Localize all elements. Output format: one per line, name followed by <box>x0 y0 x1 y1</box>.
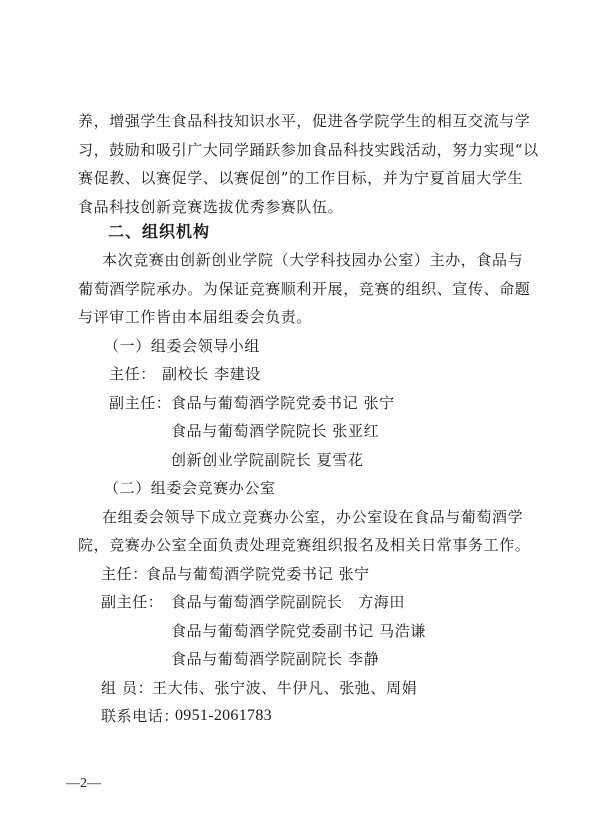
org-line-1: 本次竞赛由创新创业学院（大学科技园办公室）主办，食品与 <box>102 250 518 270</box>
page-number: —2— <box>66 776 101 792</box>
intro-line-4: 食品科技创新竞赛选拔优秀参赛队伍。 <box>78 197 518 217</box>
intro-line-1: 养，增强学生食品科技知识水平，促进各学院学生的相互交流与学 <box>78 111 518 131</box>
leadership-deputy-3: 创新创业学院副院长 夏雪花 <box>171 450 591 470</box>
office-title: （二）组委会竞赛办公室 <box>104 478 544 498</box>
office-desc-line-1: 在组委会领导下成立竞赛办公室，办公室设在食品与葡萄酒学 <box>102 507 518 527</box>
office-deputy-1: 食品与葡萄酒学院副院长 方海田 <box>171 592 591 612</box>
org-line-2: 葡萄酒学院承办。为保证竞赛顺利开展，竞赛的组织、宣传、命题 <box>78 279 518 299</box>
leadership-group-title: （一）组委会领导小组 <box>104 336 544 356</box>
office-deputy-3: 食品与葡萄酒学院副院长 李静 <box>171 649 591 669</box>
org-line-3: 与评审工作皆由本届组委会负责。 <box>78 307 518 327</box>
contact-phone: 0951-2061783 <box>175 706 591 726</box>
office-desc-line-2: 院，竞赛办公室全面负责处理竞赛组织报名及相关日常事务工作。 <box>78 535 518 555</box>
intro-line-3: 赛促教、以赛促学、以赛促创”的工作目标，并为宁夏首届大学生 <box>78 168 518 188</box>
office-director: 食品与葡萄酒学院党委书记 张宁 <box>146 564 586 584</box>
office-members: 王大伟、张宁波、牛伊凡、张弛、周娟 <box>152 678 591 698</box>
office-deputy-2: 食品与葡萄酒学院党委副书记 马浩谦 <box>171 621 591 641</box>
leadership-deputy-2: 食品与葡萄酒学院院长 张亚红 <box>171 421 591 441</box>
intro-line-2: 习，鼓励和吸引广大同学踊跃参加食品科技实践活动，努力实现“以 <box>78 140 518 160</box>
document-page: 养，增强学生食品科技知识水平，促进各学院学生的相互交流与学 习，鼓励和吸引广大同… <box>0 0 591 834</box>
leadership-deputy-1: 食品与葡萄酒学院党委书记 张宁 <box>171 393 591 413</box>
leadership-director: 副校长 李建设 <box>162 364 591 384</box>
section-heading: 二、组织机构 <box>108 222 548 242</box>
